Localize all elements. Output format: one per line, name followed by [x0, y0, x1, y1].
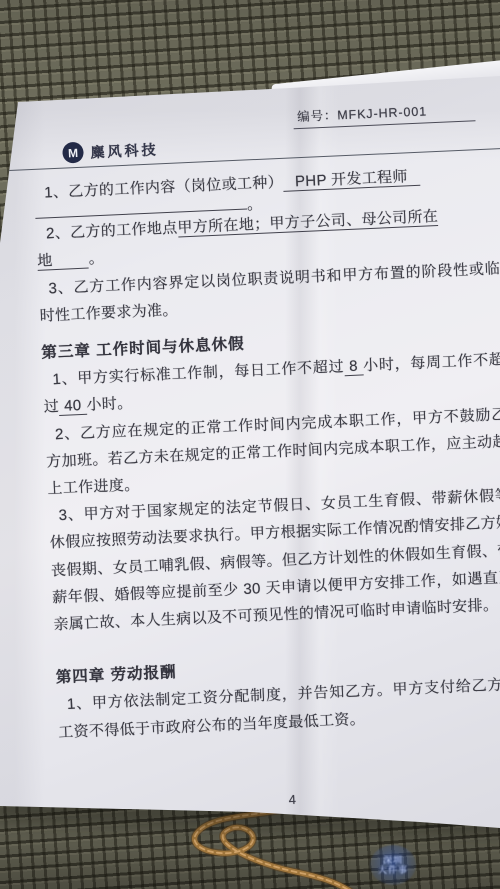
- photo-scene: 编号：MFKJ-HR-001 M 麋风科技 1、乙方的工作内容（岗位或工种）PH…: [0, 0, 500, 889]
- c3-1-weekly-hours: 40: [59, 397, 87, 416]
- document-number-label: 编号：: [297, 108, 338, 124]
- clause-work-location-cont-text: 地: [37, 251, 89, 271]
- document-number-value: MFKJ-HR-001: [337, 104, 427, 122]
- contract-content: 编号：MFKJ-HR-001 M 麋风科技 1、乙方的工作内容（岗位或工种）PH…: [30, 76, 500, 817]
- c3-1-post: 小时。: [86, 395, 133, 414]
- contract-page: 编号：MFKJ-HR-001 M 麋风科技 1、乙方的工作内容（岗位或工种）PH…: [0, 0, 500, 889]
- press-watermark-badge: 深圳 大件事: [370, 845, 416, 885]
- clause-work-location-close: 。: [88, 250, 104, 268]
- watermark-line1: 深圳: [383, 855, 403, 865]
- watermark-line2: 大件事: [378, 865, 408, 875]
- clause-work-content-value: PHP 开发工程师: [283, 168, 421, 192]
- company-logo-icon: M: [62, 142, 84, 164]
- chapter3-clause3: 3、甲方对于国家规定的法定节假日、女员工生育假、带薪休假等休假应按照劳动法要求执…: [48, 482, 500, 638]
- company-name: 麋风科技: [90, 139, 159, 162]
- c3-1-daily-hours: 8: [344, 358, 363, 377]
- clause-work-location-label: 2、乙方的工作地点: [46, 220, 178, 243]
- clauses: 1、乙方的工作内容（岗位或工种）PHP 开发工程师 。 2、乙方的工作地点甲方所…: [34, 159, 500, 817]
